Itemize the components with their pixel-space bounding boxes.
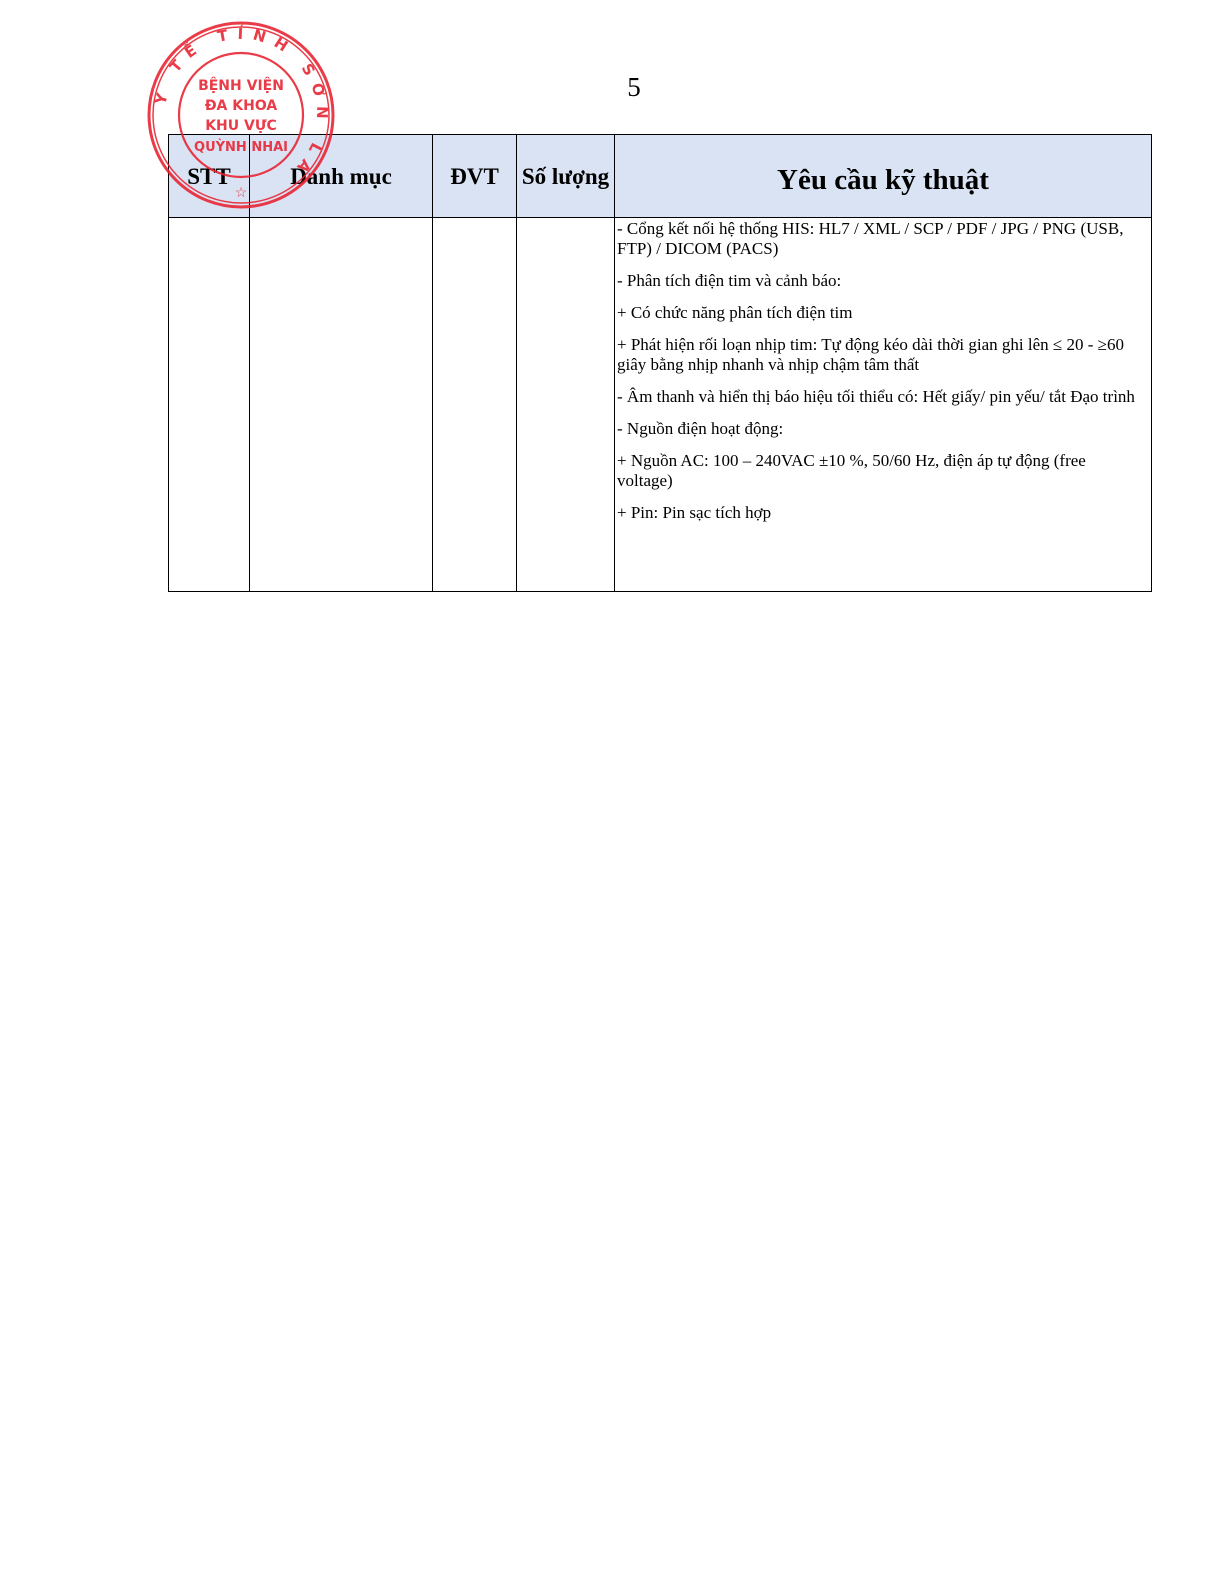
- table-header-row: STT Danh mục ĐVT Số lượng Yêu cầu kỹ thu…: [169, 135, 1152, 218]
- header-stt: STT: [169, 135, 250, 218]
- spec-line: + Nguồn AC: 100 – 240VAC ±10 %, 50/60 Hz…: [617, 451, 1143, 491]
- header-so-luong: Số lượng: [517, 135, 615, 218]
- cell-so-luong: [517, 218, 615, 592]
- technical-requirements-table: STT Danh mục ĐVT Số lượng Yêu cầu kỹ thu…: [168, 134, 1152, 592]
- spec-line: - Âm thanh và hiển thị báo hiệu tối thiể…: [617, 387, 1143, 407]
- table-row: - Cổng kết nối hệ thống HIS: HL7 / XML /…: [169, 218, 1152, 592]
- spec-line: + Pin: Pin sạc tích hợp: [617, 503, 1143, 523]
- header-danh-muc: Danh mục: [250, 135, 433, 218]
- spec-line: - Phân tích điện tim và cảnh báo:: [617, 271, 1143, 291]
- cell-stt: [169, 218, 250, 592]
- spec-line: - Nguồn điện hoạt động:: [617, 419, 1143, 439]
- cell-dvt: [433, 218, 517, 592]
- spec-line: - Cổng kết nối hệ thống HIS: HL7 / XML /…: [617, 219, 1143, 259]
- header-dvt: ĐVT: [433, 135, 517, 218]
- cell-danh-muc: [250, 218, 433, 592]
- spec-line: + Phát hiện rối loạn nhịp tim: Tự động k…: [617, 335, 1143, 375]
- page-number: 5: [0, 72, 1224, 103]
- stamp-line-3: KHU VỰC: [205, 118, 277, 134]
- header-yeu-cau-ky-thuat: Yêu cầu kỹ thuật: [615, 135, 1152, 218]
- spec-line: + Có chức năng phân tích điện tim: [617, 303, 1143, 323]
- cell-spec: - Cổng kết nối hệ thống HIS: HL7 / XML /…: [615, 218, 1152, 592]
